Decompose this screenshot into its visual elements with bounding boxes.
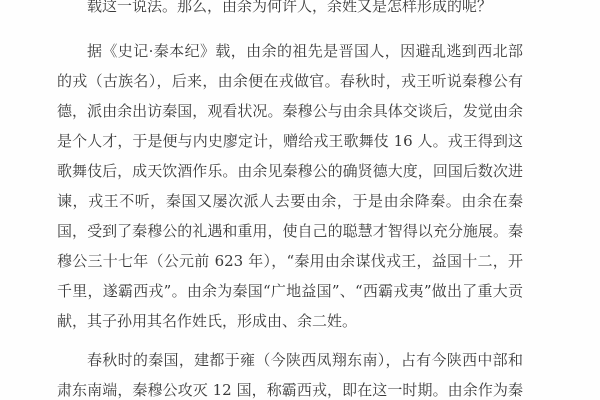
text-line: 千里，遂霸西戎”。由余为秦国“广地益国”、“西霸戎夷”做出了重大贡 <box>57 276 523 306</box>
text-line: 肃东南端，秦穆公攻灭 12 国，称霸西戎，即在这一时期。由余作为秦穆 <box>57 375 523 400</box>
text-line: 穆公三十七年（公元前 623 年），“秦用由余谋伐戎王，益国十二，开地 <box>57 246 523 276</box>
text-line: 歌舞伎后，成天饮酒作乐。由余见秦穆公的确贤德大度，回国后数次进 <box>57 156 523 186</box>
text-line: 国，受到了秦穆公的礼遇和重用，使自己的聪慧才智得以充分施展。秦 <box>57 216 523 246</box>
text-line: 献，其子孙用其名作姓氏，形成由、余二姓。 <box>57 306 523 336</box>
paragraph: 据《史记·秦本纪》载，由余的祖先是晋国人，因避乱逃到西北部的戎（古族名），后来，… <box>57 36 523 336</box>
text-line: 据《史记·秦本纪》载，由余的祖先是晋国人，因避乱逃到西北部 <box>57 36 523 66</box>
text-line: 的戎（古族名），后来，由余便在戎做官。春秋时，戎王听说秦穆公有贤 <box>57 66 523 96</box>
document-body: 载这一说法。那么，由余为何许人，余姓又是怎样形成的呢？据《史记·秦本纪》载，由余… <box>57 0 523 400</box>
text-line: 春秋时的秦国，建都于雍（今陕西凤翔东南），占有今陕西中部和甘 <box>57 345 523 375</box>
text-line: 是个人才，于是便与内史廖定计，赠给戎王歌舞伎 16 人。戎王得到这些 <box>57 126 523 156</box>
paragraph: 春秋时的秦国，建都于雍（今陕西凤翔东南），占有今陕西中部和甘肃东南端，秦穆公攻灭… <box>57 345 523 400</box>
text-line: 载这一说法。那么，由余为何许人，余姓又是怎样形成的呢？ <box>57 0 523 21</box>
text-line: 谏，戎王不听，秦国又屡次派人去要由余，于是由余降秦。由余在秦 <box>57 186 523 216</box>
text-line: 德，派由余出访秦国，观看状况。秦穆公与由余具体交谈后，发觉由余 <box>57 96 523 126</box>
scanned-page: 载这一说法。那么，由余为何许人，余姓又是怎样形成的呢？据《史记·秦本纪》载，由余… <box>57 0 523 400</box>
paragraph: 载这一说法。那么，由余为何许人，余姓又是怎样形成的呢？ <box>57 0 523 21</box>
